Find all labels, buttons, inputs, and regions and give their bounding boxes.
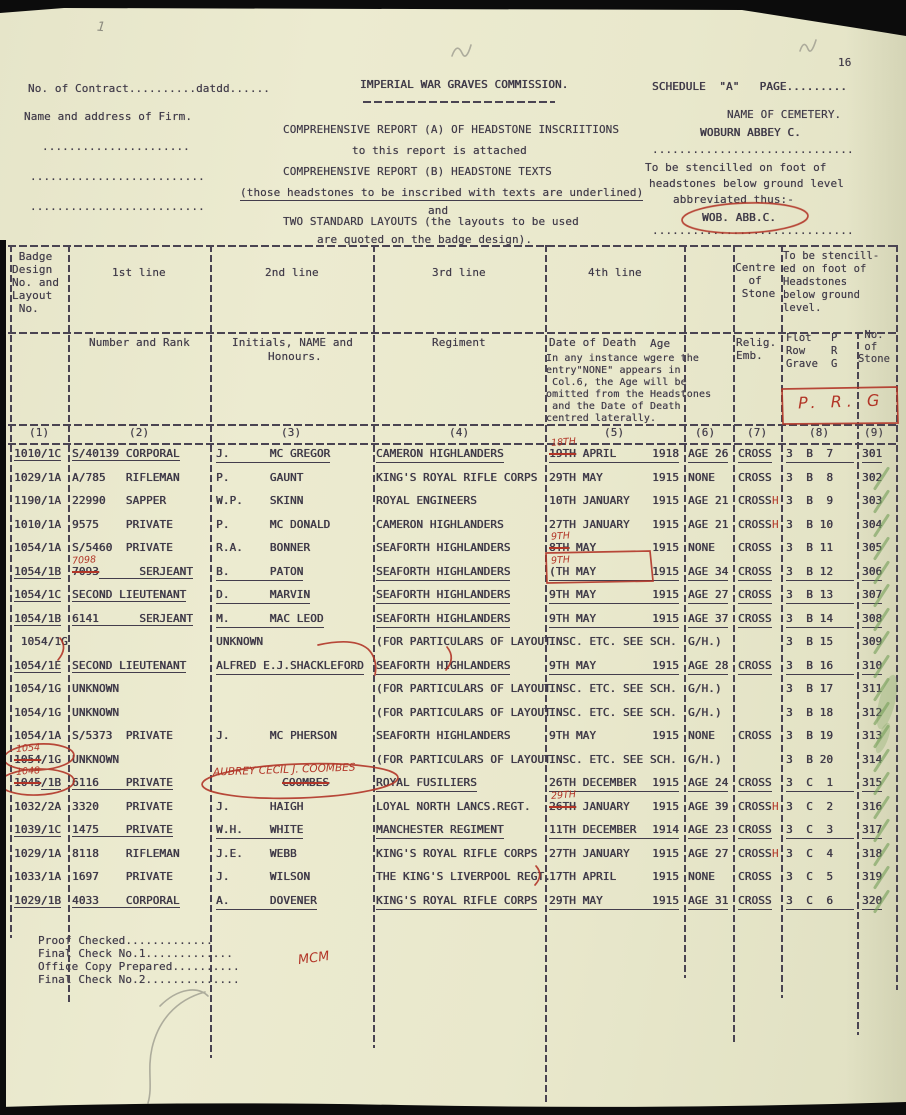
badge-cell: 1039/1C [14, 823, 61, 840]
scanned-document-page: 16 No. of Contract..........datdd...... … [0, 0, 906, 1115]
col-header-badge_lines-line: No. and [12, 276, 59, 290]
age-cell: AGE 39 [688, 800, 728, 815]
age-cell: AGE 21 [688, 518, 728, 533]
rank-cell: 6141 SERJEANT [72, 612, 193, 629]
table-row: 1045/1B6116 PRIVATECOOMBESROYAL FUSILIER… [0, 776, 906, 800]
stencil-abbreviation: WOB. ABB.C. [702, 211, 776, 225]
pencil-mark-top: 1 [96, 20, 106, 36]
col-header-badge_lines-line: Layout [12, 289, 52, 303]
rank-cell: 8118 RIFLEMAN [72, 847, 180, 864]
rank-cell: 6116 PRIVATE [72, 776, 173, 793]
plot-row-grave-cell: 3 B 15 [786, 635, 854, 650]
plot-row-grave-cell: 3 B 17 [786, 682, 854, 697]
plot-row-grave-cell: 3 B 20 [786, 753, 854, 768]
rank-cell: 1697 PRIVATE [72, 870, 173, 887]
regiment-cell: SEAFORTH HIGHLANDERS [376, 541, 510, 556]
year: 1915 [652, 471, 679, 485]
table-row: 1029/1AA/785 RIFLEMANP. GAUNTKING'S ROYA… [0, 471, 906, 495]
year: 1915 [652, 565, 679, 579]
col-header-regiment: Regiment [432, 336, 486, 350]
year: 1915 [652, 894, 679, 908]
col-number-1: (1) [29, 426, 49, 440]
regiment-cell: (FOR PARTICULARS OF LAYOUT [376, 753, 551, 768]
date-cell: INSC. ETC. SEE SCH. [549, 682, 679, 697]
table-row: 1054/1ESECOND LIEUTENANTALFRED E.J.SHACK… [0, 659, 906, 683]
religious-emblem-cell: CROSS [738, 541, 772, 556]
name-cell: R.A. BONNER [216, 541, 310, 556]
table-row: 1010/1CS/40139 CORPORALJ. MC GREGORCAMER… [0, 447, 906, 471]
contract-line: No. of Contract..........datdd...... [28, 82, 270, 96]
col-header-honours: Honours. [268, 350, 322, 364]
col-header-sub_relig-line: Relig. [736, 336, 776, 350]
cemetery-label: NAME OF CEMETERY. [727, 108, 841, 122]
plot-row-grave-cell: 3 B 10 [786, 518, 854, 533]
table-row: 1054/1GUNKNOWN(FOR PARTICULARS OF LAYOUT… [0, 635, 906, 659]
proof-checked-line: Proof Checked............. [38, 934, 213, 948]
age-cell: AGE 24 [688, 776, 728, 792]
table-hline [8, 245, 897, 247]
regiment-cell: CAMERON HIGHLANDERS [376, 518, 504, 533]
date-cell: 9TH MAY1915 [549, 729, 679, 744]
pencil-signature-stroke-1 [148, 992, 205, 1103]
year: 1915 [652, 729, 679, 743]
rank-cell: 22990 SAPPER [72, 494, 166, 511]
badge-cell: 1054/1G [14, 706, 61, 723]
plot-row-grave-cell: 3 C 3 [786, 823, 854, 839]
year: 1915 [652, 776, 679, 790]
name-cell: J.E. WEBB [216, 847, 297, 862]
date-cell: 9TH MAY1915 [549, 659, 679, 675]
religious-emblem-red-h: H [772, 847, 779, 864]
age-cell: AGE 26 [688, 447, 728, 463]
regiment-cell: (FOR PARTICULARS OF LAYOUT [376, 682, 551, 697]
date-cell: 26TH JANUARY1915 [549, 800, 679, 815]
col-number-6: (6) [695, 426, 715, 440]
religious-emblem-cell: CROSS [738, 729, 772, 744]
name-cell: J. MC GREGOR [216, 447, 330, 463]
rank-cell: SECOND LIEUTENANT [72, 588, 186, 605]
col-number-7: (7) [747, 426, 767, 440]
stencil-note-1: To be stencilled on foot of [645, 161, 827, 175]
table-hline [8, 332, 897, 334]
rank-cell: UNKNOWN [72, 682, 119, 699]
plot-row-grave-cell: 3 B 18 [786, 706, 854, 721]
religious-emblem-red-h: H [772, 494, 779, 511]
age-cell: AGE 28 [688, 659, 728, 675]
table-hline [8, 424, 897, 426]
col-header-badge_lines-line: No. [12, 302, 39, 316]
regiment-cell: CAMERON HIGHLANDERS [376, 447, 504, 463]
rank-cell: 4033 CORPORAL [72, 894, 180, 911]
cemetery-dots: .............................. [652, 143, 854, 157]
col-header-age: Age [650, 337, 670, 351]
table-row: 1054/1B7093 SERJEANTB. PATONSEAFORTH HIG… [0, 565, 906, 589]
col-header-sub_plot-line: Grave G [786, 357, 837, 371]
badge-cell: 1045/1B [14, 776, 61, 793]
col-header-number-rank: Number and Rank [89, 336, 190, 350]
pencil-squiggle-right [800, 40, 816, 51]
name-cell: W.H. WHITE [216, 823, 303, 839]
col-number-2: (2) [129, 426, 149, 440]
plot-row-grave-cell: 3 B 11 [786, 541, 854, 556]
table-row: 1054/1GUNKNOWN(FOR PARTICULARS OF LAYOUT… [0, 753, 906, 777]
year: 1915 [652, 541, 679, 555]
name-cell: W.P. SKINN [216, 494, 303, 509]
age-cell: NONE [688, 870, 715, 885]
table-row: 1054/1B6141 SERJEANTM. MAC LEODSEAFORTH … [0, 612, 906, 636]
name-cell: J. MC PHERSON [216, 729, 337, 744]
col-header-sub_relig-line: Emb. [736, 349, 763, 363]
religious-emblem-cell: CROSS [738, 612, 772, 628]
age-cell: AGE 21 [688, 494, 728, 509]
year: 1915 [652, 870, 679, 884]
age-cell: G/H.) [688, 682, 722, 697]
plot-row-grave-cell: 3 C 5 [786, 870, 854, 885]
religious-emblem-cell: CROSS [738, 447, 772, 463]
religious-emblem-cell: CROSS [738, 800, 772, 815]
age-cell: G/H.) [688, 706, 722, 721]
table-row: 1032/2A3320 PRIVATEJ. HAIGHLOYAL NORTH L… [0, 800, 906, 824]
date-cell: 9TH MAY1915 [549, 612, 679, 628]
date-cell: 19TH APRIL1918 [549, 447, 679, 463]
col-header-date-of-death: Date of Death [549, 336, 636, 350]
religious-emblem-cell: CROSS [738, 471, 772, 486]
age-cell: NONE [688, 729, 715, 744]
plot-row-grave-cell: 3 C 2 [786, 800, 854, 815]
red-correction-badge: 1048 [16, 765, 41, 778]
red-correction-badge: 1054 [16, 742, 41, 755]
table-row: 1054/1AS/5460 PRIVATER.A. BONNERSEAFORTH… [0, 541, 906, 565]
regiment-cell: SEAFORTH HIGHLANDERS [376, 565, 510, 581]
rank-cell: SECOND LIEUTENANT [72, 659, 186, 676]
date-cell: 29TH MAY1915 [549, 894, 679, 910]
red-correction-date: 9TH [551, 554, 571, 566]
plot-row-grave-cell: 3 B 12 [786, 565, 854, 581]
religious-emblem-cell: CROSS [738, 588, 772, 604]
table-row: 1033/1A1697 PRIVATEJ. WILSONTHE KING'S L… [0, 870, 906, 894]
attached-line: to this report is attached [352, 144, 527, 158]
layouts-line-1: TWO STANDARD LAYOUTS (the layouts to be … [283, 215, 579, 229]
cemetery-name: WOBURN ABBEY C. [700, 126, 801, 140]
col-number-8: (8) [809, 426, 829, 440]
religious-emblem-cell: CROSS [738, 776, 772, 792]
religious-emblem-cell: CROSS [738, 565, 772, 581]
underlined-note-line: (those headstones to be inscribed with t… [240, 186, 643, 201]
table-hline [8, 443, 897, 445]
plot-row-grave-cell: 3 B 13 [786, 588, 854, 604]
age-cell: AGE 27 [688, 847, 728, 862]
scan-edge-bottom [0, 1102, 906, 1115]
plot-row-grave-cell: 3 B 8 [786, 471, 854, 486]
plot-row-grave-cell: 3 C 4 [786, 847, 854, 862]
plot-row-grave-cell: 3 B 16 [786, 659, 854, 675]
name-cell: ALFRED E.J.SHACKLEFORD [216, 659, 364, 675]
badge-cell: 1054/1G [14, 635, 68, 652]
date-cell: 10TH JANUARY1915 [549, 494, 679, 509]
year: 1915 [652, 588, 679, 602]
organization-title: IMPERIAL WAR GRAVES COMMISSION. [360, 78, 568, 92]
rank-cell: 3320 PRIVATE [72, 800, 173, 817]
date-cell: (TH MAY1915 [549, 565, 679, 581]
regiment-cell: (FOR PARTICULARS OF LAYOUT [376, 706, 551, 721]
stencil-note-3: abbreviated thus:- [673, 193, 794, 207]
col-header-initials-name: Initials, NAME and [232, 336, 353, 350]
title-underline [363, 101, 555, 103]
name-cell: M. MAC LEOD [216, 612, 324, 628]
date-cell: 11TH DECEMBER1914 [549, 823, 679, 839]
rank-cell: 1475 PRIVATE [72, 823, 173, 840]
regiment-cell: SEAFORTH HIGHLANDERS [376, 659, 510, 675]
rank-cell: S/40139 CORPORAL [72, 447, 180, 464]
rank-cell: S/5373 PRIVATE [72, 729, 173, 746]
year: 1915 [652, 800, 679, 814]
col-header-1st-line: 1st line [112, 266, 166, 280]
religious-emblem-cell: CROSS [738, 518, 772, 533]
badge-cell: 1032/2A [14, 800, 61, 817]
col-header-centre-line: of [735, 274, 762, 288]
col-number-4: (4) [449, 426, 469, 440]
badge-cell: 1054/1C [14, 588, 61, 605]
age-cell: G/H.) [688, 753, 722, 768]
badge-cell: 1190/1A [14, 494, 61, 511]
badge-cell: 1010/1A [14, 518, 61, 535]
date-cell: 17TH APRIL1915 [549, 870, 679, 885]
religious-emblem-cell: CROSS [738, 494, 772, 509]
badge-cell: 1029/1B [14, 894, 61, 911]
age-cell: AGE 27 [688, 588, 728, 604]
dotted-line-2: .......................... [30, 170, 205, 184]
year: 1915 [652, 494, 679, 508]
name-cell: A. DOVENER [216, 894, 317, 910]
table-row: 1029/1A8118 RIFLEMANJ.E. WEBBKING'S ROYA… [0, 847, 906, 871]
age-cell: NONE [688, 541, 715, 556]
stencil-note-2: headstones below ground level [649, 177, 844, 191]
col-header-centre-line: Centre [735, 261, 775, 275]
regiment-cell: ROYAL ENGINEERS [376, 494, 477, 509]
regiment-cell: ROYAL FUSILIERS [376, 776, 477, 792]
plot-row-grave-cell: 3 B 19 [786, 729, 854, 744]
age-cell: AGE 31 [688, 894, 728, 910]
badge-cell: 1054/1B [14, 612, 61, 629]
table-row: 1054/1GUNKNOWN(FOR PARTICULARS OF LAYOUT… [0, 706, 906, 730]
name-cell: B. PATON [216, 565, 303, 581]
table-row: 1054/1GUNKNOWN(FOR PARTICULARS OF LAYOUT… [0, 682, 906, 706]
badge-cell: 1033/1A [14, 870, 61, 887]
age-cell: AGE 23 [688, 823, 728, 839]
plot-row-grave-cell: 3 C 6 [786, 894, 854, 910]
plot-row-grave-cell: 3 B 9 [786, 494, 854, 509]
religious-emblem-cell: CROSS [738, 659, 772, 675]
religious-emblem-cell: CROSS [738, 847, 772, 862]
col-number-3: (3) [281, 426, 301, 440]
col-header-2nd-line: 2nd line [265, 266, 319, 280]
regiment-cell: KING'S ROYAL RIFLE CORPS [376, 847, 537, 862]
age-cell: NONE [688, 471, 715, 486]
badge-cell: 1010/1C [14, 447, 61, 464]
pencil-signature-stroke-2 [160, 990, 208, 1006]
dotted-line-3: .......................... [30, 200, 205, 214]
regiment-cell: KING'S ROYAL RIFLE CORPS [376, 894, 537, 910]
age-cell: AGE 34 [688, 565, 728, 581]
regiment-cell: LOYAL NORTH LANCS.REGT. [376, 800, 531, 815]
table-row: 1190/1A22990 SAPPERW.P. SKINNROYAL ENGIN… [0, 494, 906, 518]
regiment-cell: KING'S ROYAL RIFLE CORPS [376, 471, 537, 486]
rank-cell: UNKNOWN [72, 706, 119, 723]
date-cell: 9TH MAY1915 [549, 588, 679, 604]
badge-cell: 1054/1E [14, 659, 61, 676]
name-cell: J. WILSON [216, 870, 310, 885]
date-cell: 29TH MAY1915 [549, 471, 679, 486]
col-header-sub_plot-line: Row R [786, 344, 837, 358]
religious-emblem-cell: CROSS [738, 823, 772, 839]
prg-handwritten-annotation: P. R. G [798, 390, 885, 412]
col-header-badge_lines-line: Design [12, 263, 52, 277]
red-correction-date: 9TH [551, 530, 571, 542]
col-header-centre-line: Stone [735, 287, 775, 301]
date-cell: INSC. ETC. SEE SCH. [549, 753, 679, 768]
rank-cell: UNKNOWN [72, 753, 119, 770]
regiment-cell: SEAFORTH HIGHLANDERS [376, 588, 510, 604]
badge-cell: 1054/1A [14, 541, 61, 558]
col-number-5: (5) [604, 426, 624, 440]
table-row: 1054/1AS/5373 PRIVATEJ. MC PHERSONSEAFOR… [0, 729, 906, 753]
name-cell: J. HAIGH [216, 800, 303, 815]
office-copy-initials: MCM [297, 949, 330, 968]
regiment-cell: SEAFORTH HIGHLANDERS [376, 612, 510, 628]
date-cell: 27TH JANUARY1915 [549, 847, 679, 862]
year: 1918 [652, 447, 679, 461]
col-header-3rd-line: 3rd line [432, 266, 486, 280]
religious-emblem-cell: CROSS [738, 894, 772, 910]
badge-cell: 1054/1B [14, 565, 61, 582]
pencil-squiggle-center [452, 45, 471, 56]
regiment-cell: (FOR PARTICULARS OF LAYOUT [376, 635, 551, 650]
regiment-cell: MANCHESTER REGIMENT [376, 823, 504, 839]
name-cell: P. MC DONALD [216, 518, 330, 533]
badge-cell: 1029/1A [14, 847, 61, 864]
year: 1915 [652, 518, 679, 532]
plot-row-grave-cell: 3 B 14 [786, 612, 854, 628]
year: 1915 [652, 612, 679, 626]
table-row: 1029/1B4033 CORPORALA. DOVENERKING'S ROY… [0, 894, 906, 918]
name-struck-cell: COOMBES [282, 776, 329, 793]
religious-emblem-red-h: H [772, 800, 779, 817]
stencil-dots: .............................. [652, 224, 854, 238]
year: 1914 [652, 823, 679, 837]
red-correction-date: 29TH [551, 789, 577, 802]
report-b-line: COMPREHENSIVE REPORT (B) HEADSTONE TEXTS [283, 165, 552, 179]
firm-line: Name and address of Firm. [24, 110, 192, 124]
col-header-4th-line: 4th line [588, 266, 642, 280]
stone-number-cell: 301 [862, 447, 882, 463]
age-cell: G/H.) [688, 635, 722, 650]
year: 1915 [652, 847, 679, 861]
date-cell: INSC. ETC. SEE SCH. [549, 706, 679, 721]
red-correction-date: 18TH [551, 436, 577, 449]
religious-emblem-red-h: H [772, 518, 779, 535]
scan-edge-top [0, 0, 906, 36]
date-cell: INSC. ETC. SEE SCH. [549, 635, 679, 650]
plot-row-grave-cell: 3 B 7 [786, 447, 854, 463]
plot-row-grave-cell: 3 C 1 [786, 776, 854, 792]
red-correction-rank: 7098 [72, 554, 97, 567]
name-cell: UNKNOWN [216, 635, 263, 650]
col-header-badge_lines-line: Badge [12, 250, 52, 264]
name-cell: P. GAUNT [216, 471, 303, 486]
rank-cell: A/785 RIFLEMAN [72, 471, 180, 488]
rank-cell: 9575 PRIVATE [72, 518, 173, 535]
name-cell: D. MARVIN [216, 588, 310, 604]
col-header-stencil-line: Headstones [783, 275, 847, 289]
religious-emblem-cell: CROSS [738, 870, 772, 885]
regiment-cell: THE KING'S LIVERPOOL REGT. [376, 870, 551, 885]
table-row: 1054/1CSECOND LIEUTENANTD. MARVINSEAFORT… [0, 588, 906, 612]
table-row: 1039/1C1475 PRIVATEW.H. WHITEMANCHESTER … [0, 823, 906, 847]
report-a-line: COMPREHENSIVE REPORT (A) OF HEADSTONE IN… [283, 123, 619, 137]
dotted-line-1: ...................... [42, 140, 190, 154]
badge-cell: 1054/1G [14, 682, 61, 699]
year: 1915 [652, 659, 679, 673]
badge-cell: 1029/1A [14, 471, 61, 488]
table-row: 1010/1A9575 PRIVATEP. MC DONALDCAMERON H… [0, 518, 906, 542]
col-header-stencil-line: level. [783, 301, 822, 315]
schedule-line: SCHEDULE "A" PAGE......... [652, 80, 847, 94]
rank-cell: 7093 SERJEANT [72, 565, 193, 582]
age-cell: AGE 37 [688, 612, 728, 628]
regiment-cell: SEAFORTH HIGHLANDERS [376, 729, 510, 744]
